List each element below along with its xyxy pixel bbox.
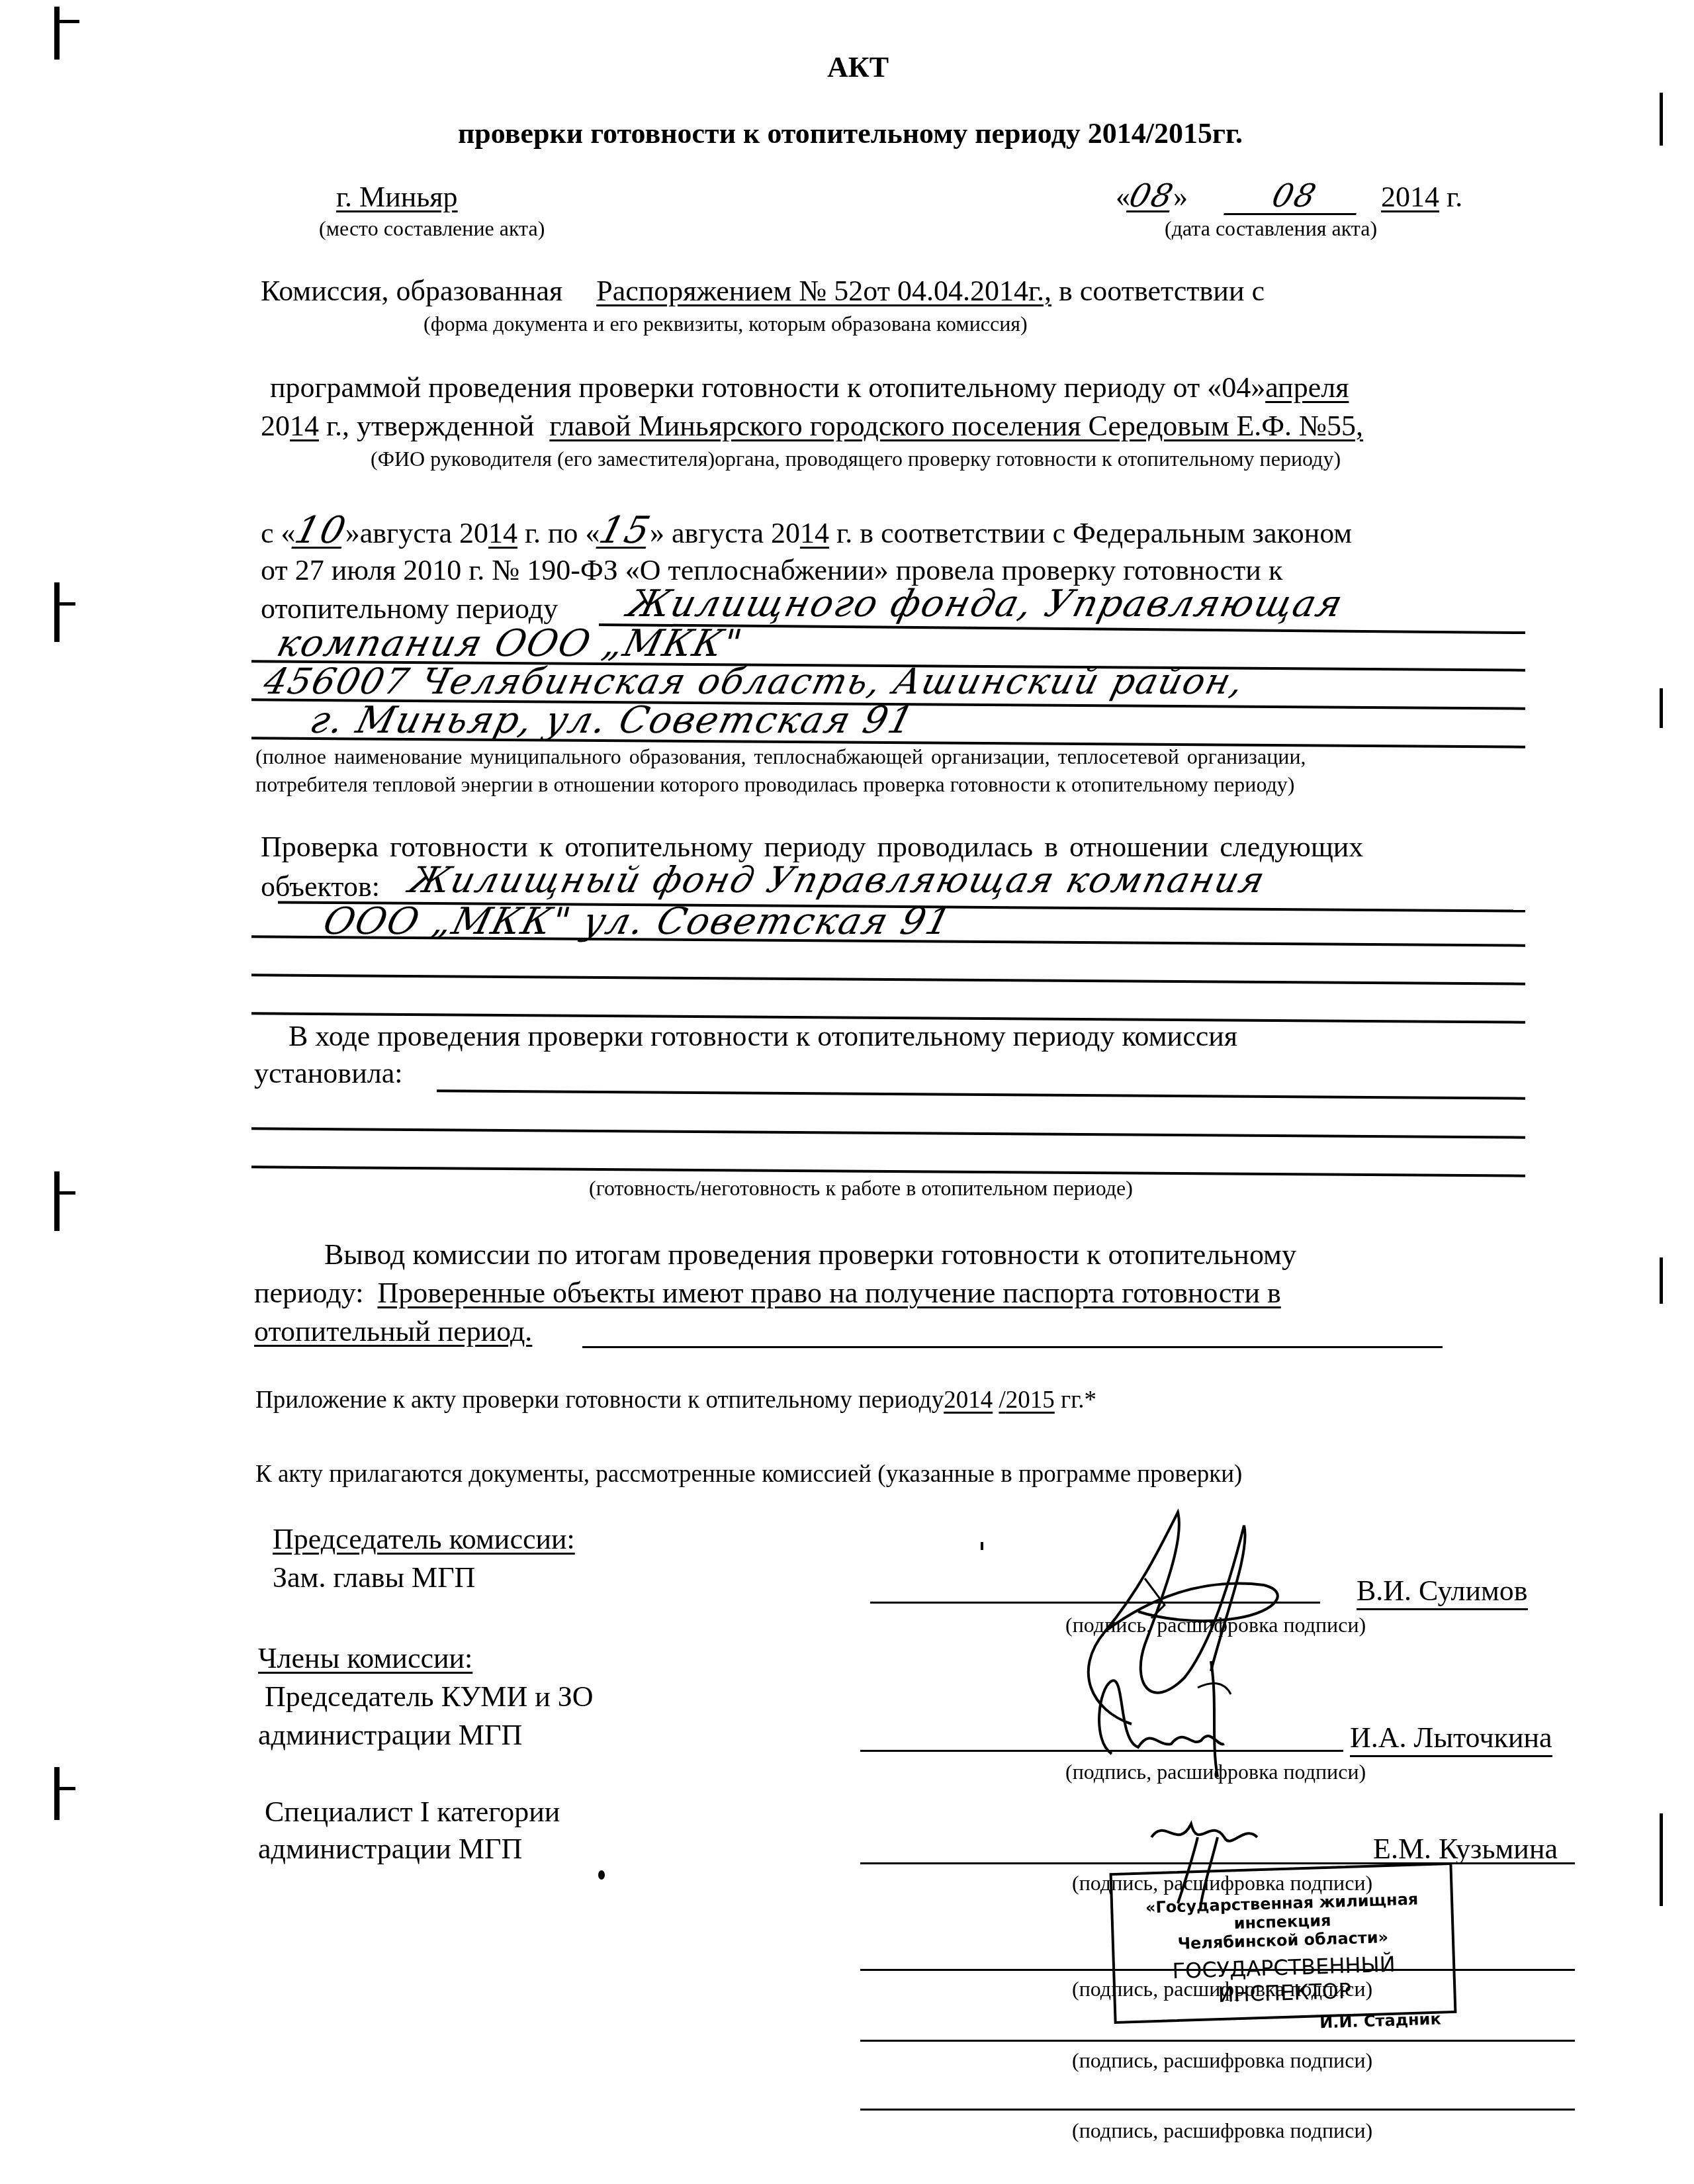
fill-line xyxy=(437,1089,1525,1099)
conclusion-lead: периоду: xyxy=(254,1277,363,1309)
chair-role: Зам. главы МГП xyxy=(273,1561,475,1595)
period-to-day: 15 xyxy=(596,514,654,548)
scan-mark xyxy=(60,1191,75,1195)
period-caption-2: потребителя тепловой энергии в отношении… xyxy=(255,772,1294,797)
document-subtitle: проверки готовности к отопительному пери… xyxy=(458,116,1243,151)
chair-name: В.И. Сулимов xyxy=(1357,1574,1528,1610)
program-caption: (ФИО руководителя (его заместителя)орган… xyxy=(371,446,1341,471)
findings-line1: В ходе проведения проверки готовности к … xyxy=(289,1019,1237,1054)
scan-mark xyxy=(1660,688,1663,728)
date-field: «08» 08 2014 г. xyxy=(1116,179,1462,215)
handwritten-organization-4: г. Миньяр, ул. Советская 91 xyxy=(306,699,919,742)
member1-role-2: администрации МГП xyxy=(258,1718,522,1752)
findings-caption: (готовность/неготовность к работе в отоп… xyxy=(589,1175,1133,1201)
date-month: 08 xyxy=(1224,179,1365,215)
period-to-mid: » августа 20 xyxy=(650,517,800,549)
scan-mark xyxy=(54,1767,60,1820)
scan-mark xyxy=(1660,1257,1663,1304)
inspector-stamp: «Государственная жилищная инспекция Челя… xyxy=(1110,1862,1457,2024)
commission-tail: в соответствии с xyxy=(1059,275,1265,307)
member1-name: И.А. Лыточкина xyxy=(1350,1721,1552,1757)
period-from-prefix: с « xyxy=(261,517,296,549)
signature-caption: (подпись, расшифровка подписи) xyxy=(1072,2118,1372,2143)
findings-lead: установила: xyxy=(254,1056,402,1091)
appendix-year-to: 2015 xyxy=(1006,1387,1055,1414)
handwritten-objects-1: Жилищный фонд Управляющая компания xyxy=(405,859,1270,901)
speck xyxy=(598,1870,605,1880)
fill-line xyxy=(251,1127,1525,1138)
commission-basis: Распоряжением № 52от 04.04.2014г., xyxy=(596,275,1051,307)
period-to-prefix: г. по « xyxy=(525,517,600,549)
conclusion-value-1: Проверенные объекты имеют право на получ… xyxy=(377,1277,1280,1309)
period-tail: г. в соответствии с Федеральным законом xyxy=(836,517,1352,549)
conclusion-line1: Вывод комиссии по итогам проведения пров… xyxy=(324,1238,1296,1272)
date-day: 08 xyxy=(1126,179,1178,213)
place-value: г. Миньяр xyxy=(336,180,458,214)
fill-line xyxy=(582,1346,1443,1348)
member1-signature-icon xyxy=(1085,1648,1270,1784)
appendix-sep: / xyxy=(999,1387,1005,1414)
attachments-line: К акту прилагаются документы, рассмотрен… xyxy=(255,1460,1242,1489)
scan-mark xyxy=(60,1787,75,1790)
period-from-year: 14 xyxy=(488,517,517,549)
scan-mark xyxy=(1660,93,1663,146)
appendix-tail: гг.* xyxy=(1061,1387,1096,1414)
scan-mark xyxy=(60,602,75,606)
handwritten-organization-3: 456007 Челябинская область, Ашинский рай… xyxy=(259,660,1249,702)
signature-caption: (подпись, расшифровка подписи) xyxy=(1072,2048,1372,2073)
speck xyxy=(981,1542,983,1550)
signature-line xyxy=(860,2040,1575,2042)
period-from-mid: »августа 20 xyxy=(345,517,488,549)
date-year: 2014 xyxy=(1381,181,1439,213)
program-line2: 2014 г., утвержденной главой Миньярского… xyxy=(261,409,1363,443)
scan-mark xyxy=(54,7,60,60)
commission-lead: Комиссия, образованная xyxy=(261,275,562,307)
document-title: АКТ xyxy=(827,50,889,85)
stamp-line-4: И.И. Стадник xyxy=(1117,2010,1442,2038)
scan-mark xyxy=(54,582,60,642)
scan-mark xyxy=(54,1171,60,1231)
program-month: апреля xyxy=(1265,371,1349,404)
period-to-year: 14 xyxy=(800,517,829,549)
handwritten-organization-1: Жилищного фонда, Управляющая xyxy=(623,582,1348,625)
conclusion-line2: периоду: Проверенные объекты имеют право… xyxy=(254,1276,1281,1310)
appendix-lead: Приложение к акту проверки готовности к … xyxy=(255,1387,944,1414)
commission-caption: (форма документа и его реквизиты, которы… xyxy=(423,311,1028,336)
objects-lead: объектов: xyxy=(261,870,380,904)
stamp-line-3: ГОСУДАРСТВЕННЫЙ ИНСПЕКТОР xyxy=(1115,1950,1454,2011)
scan-mark xyxy=(60,20,79,23)
member1-role-1: Председатель КУМИ и ЗО xyxy=(265,1680,594,1714)
date-suffix: г. xyxy=(1447,181,1462,213)
appendix-year-from: 2014 xyxy=(944,1387,993,1414)
program-year-suffix: 14 xyxy=(290,410,319,442)
period-caption-1: (полное наименование муниципального обра… xyxy=(255,744,1306,769)
program-text: программой проведения проверки готовност… xyxy=(270,371,1265,404)
period-line3-lead: отопительному периоду xyxy=(261,592,558,626)
handwritten-organization-2: компания ООО „МКК" xyxy=(273,622,747,665)
program-line1: программой проведения проверки готовност… xyxy=(270,371,1349,405)
scan-mark xyxy=(1660,1813,1663,1906)
program-mid: г., утвержденной xyxy=(326,410,534,442)
chair-heading: Председатель комиссии: xyxy=(273,1522,575,1557)
conclusion-value-2: отопительный период. xyxy=(254,1314,532,1349)
member2-role-1: Специалист I категории xyxy=(265,1795,560,1829)
place-caption: (место составление акта) xyxy=(319,216,545,241)
member2-role-2: администрации МГП xyxy=(258,1832,522,1866)
fill-line xyxy=(251,974,1525,985)
signature-line xyxy=(860,2109,1575,2111)
appendix-line: Приложение к акту проверки готовности к … xyxy=(255,1386,1096,1415)
date-caption: (дата составления акта) xyxy=(1165,216,1377,241)
members-heading: Члены комиссии: xyxy=(258,1641,472,1676)
program-approver: главой Миньярского городского поселения … xyxy=(549,410,1363,442)
program-year-prefix: 20 xyxy=(261,410,290,442)
member2-name: Е.М. Кузьмина xyxy=(1373,1832,1558,1866)
commission-line: Комиссия, образованная Распоряжением № 5… xyxy=(261,274,1265,308)
period-from-day: 10 xyxy=(291,514,349,548)
period-line1: с «10»августа 2014 г. по «15» августа 20… xyxy=(261,514,1352,551)
